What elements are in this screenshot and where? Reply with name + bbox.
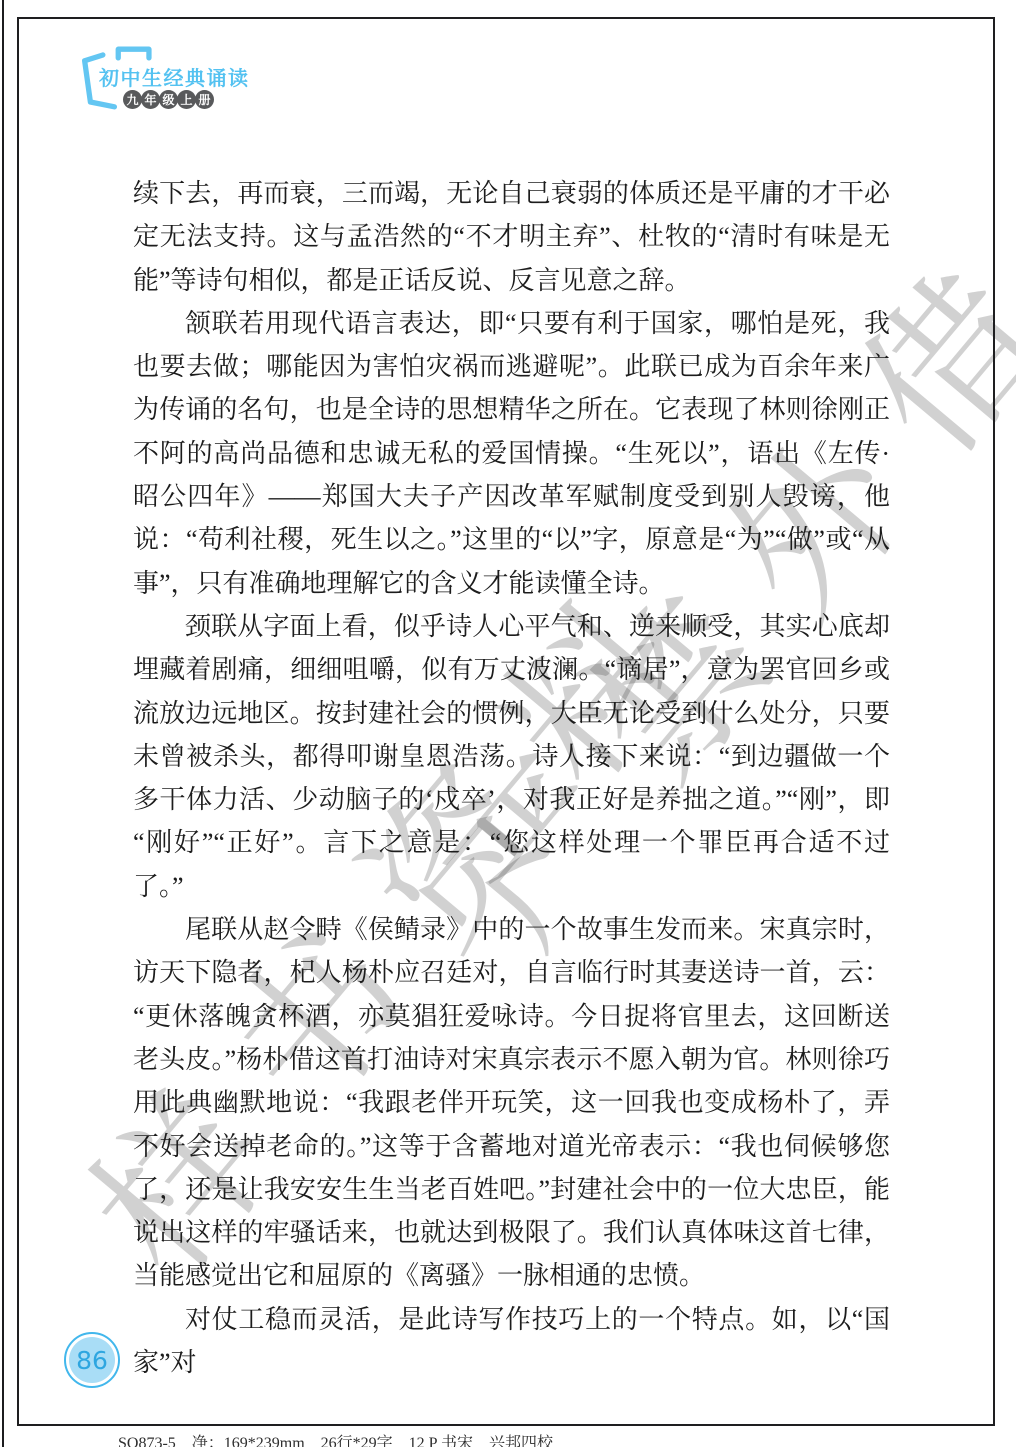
book-page: { "header": { "series_title": "初中生经典诵读",… [0, 0, 1016, 1447]
volume-badge-char: 册 [195, 90, 214, 109]
volume-badge-char: 级 [159, 90, 178, 109]
scan-edge-line [2, 0, 4, 1447]
body-text: 续下去，再而衰，三而竭，无论自己衰弱的体质还是平庸的才干必定无法支持。这与孟浩然… [133, 172, 890, 1384]
series-title: 初中生经典诵读 [99, 62, 250, 91]
paragraph: 续下去，再而衰，三而竭，无论自己衰弱的体质还是平庸的才干必定无法支持。这与孟浩然… [133, 172, 890, 302]
volume-badge: 九 年 级 上 册 [123, 90, 213, 109]
paragraph: 尾联从赵令畤《侯鲭录》中的一个故事生发而来。宋真宗时，访天下隐者，杞人杨朴应召廷… [133, 908, 890, 1298]
volume-badge-char: 上 [177, 90, 196, 109]
volume-badge-char: 年 [141, 90, 160, 109]
paragraph: 颔联若用现代语言表达，即“只要有利于国家，哪怕是死，我也要去做；哪能因为害怕灾祸… [133, 302, 890, 605]
imprint-line: SQ873-5 净：169*239mm 26行*29字 12 P 书宋 兴邦四校 [118, 1430, 553, 1447]
page-number: 86 [76, 1346, 108, 1375]
paragraph: 对仗工稳而灵活，是此诗写作技巧上的一个特点。如，以“国家”对 [133, 1298, 890, 1385]
page-number-bubble: 86 [64, 1332, 120, 1388]
paragraph: 颈联从字面上看，似乎诗人心平气和、逆来顺受，其实心底却埋藏着剧痛，细细咀嚼，似有… [133, 605, 890, 908]
page-number-fill: 86 [69, 1337, 115, 1383]
volume-badge-char: 九 [123, 90, 142, 109]
